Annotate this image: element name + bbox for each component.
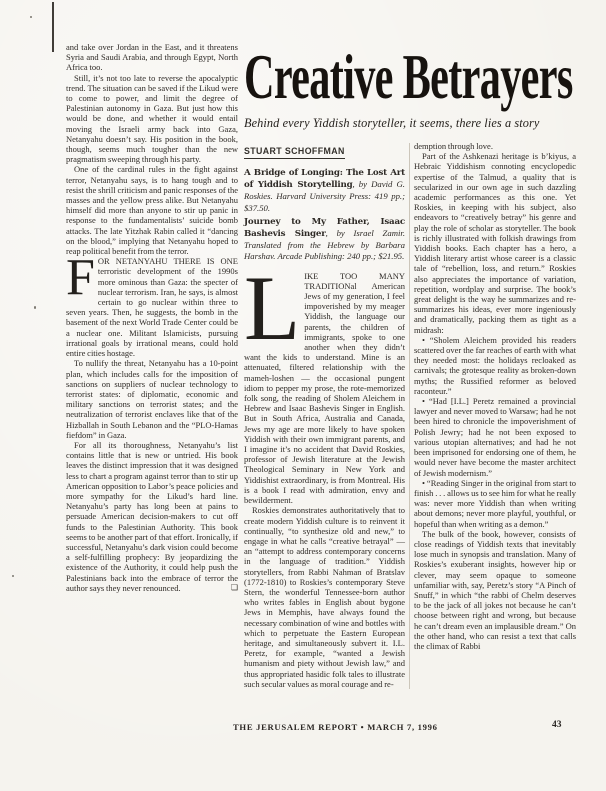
scan-speck <box>12 575 14 577</box>
paragraph: The bulk of the book, however, consists … <box>414 529 576 651</box>
paragraph: demption through love. <box>414 141 576 151</box>
bullet-paragraph: • “Had [I.L.] Peretz remained a provinci… <box>414 396 576 478</box>
paragraph: Still, it’s not too late to reverse the … <box>66 73 238 165</box>
scan-speck <box>34 306 36 309</box>
feature-middle-column: STUART SCHOFFMAN A Bridge of Longing: Th… <box>244 141 405 689</box>
dropcap-letter: L <box>244 271 304 343</box>
book-citations: A Bridge of Longing: The Lost Art of Yid… <box>244 167 405 263</box>
bullet-paragraph: • “Reading Singer in the original from s… <box>414 478 576 529</box>
paragraph-text: For all its thoroughness, Netanyahu’s li… <box>66 440 238 593</box>
byline: STUART SCHOFFMAN <box>244 146 345 159</box>
paragraph: Part of the Ashkenazi heritage is b’kiyu… <box>414 151 576 335</box>
page-number: 43 <box>552 720 562 730</box>
bullet-paragraph: • “Sholem Aleichem provided his readers … <box>414 335 576 396</box>
end-of-article-icon: ❏ <box>223 583 238 593</box>
scan-artifact-line <box>52 2 54 52</box>
feature-columns: STUART SCHOFFMAN A Bridge of Longing: Th… <box>244 141 576 689</box>
feature-right-column: demption through love. Part of the Ashke… <box>414 141 576 689</box>
scan-speck <box>30 16 32 18</box>
paragraph: and take over Jordan in the East, and it… <box>66 42 238 73</box>
magazine-page-scan: and take over Jordan in the East, and it… <box>0 0 606 791</box>
standfirst: Behind every Yiddish storyteller, it see… <box>244 116 576 131</box>
dropcap-letter: F <box>66 256 98 297</box>
book-citation: A Bridge of Longing: The Lost Art of Yid… <box>244 167 405 214</box>
left-article-column: and take over Jordan in the East, and it… <box>66 42 238 593</box>
footer-publication-line: THE JERUSALEM REPORT • MARCH 7, 1996 <box>233 722 438 732</box>
headline: Creative Betrayers <box>244 46 463 114</box>
column-divider <box>409 143 410 689</box>
dropcap-paragraph: LIKE TOO MANY TRADITIONal American Jews … <box>244 271 405 506</box>
paragraph: For all its thoroughness, Netanyahu’s li… <box>66 440 238 593</box>
dropcap-paragraph: FOR NETANYAHU THERE IS ONE terroristic d… <box>66 256 238 358</box>
paragraph: One of the cardinal rules in the fight a… <box>66 164 238 256</box>
paragraph: To nullify the threat, Netanyahu has a 1… <box>66 358 238 440</box>
book-citation: Journey to My Father, Isaac Bashevis Sin… <box>244 216 405 263</box>
paragraph: Roskies demonstrates authoritatively tha… <box>244 505 405 689</box>
feature-article: Creative Betrayers Behind every Yiddish … <box>244 46 576 689</box>
